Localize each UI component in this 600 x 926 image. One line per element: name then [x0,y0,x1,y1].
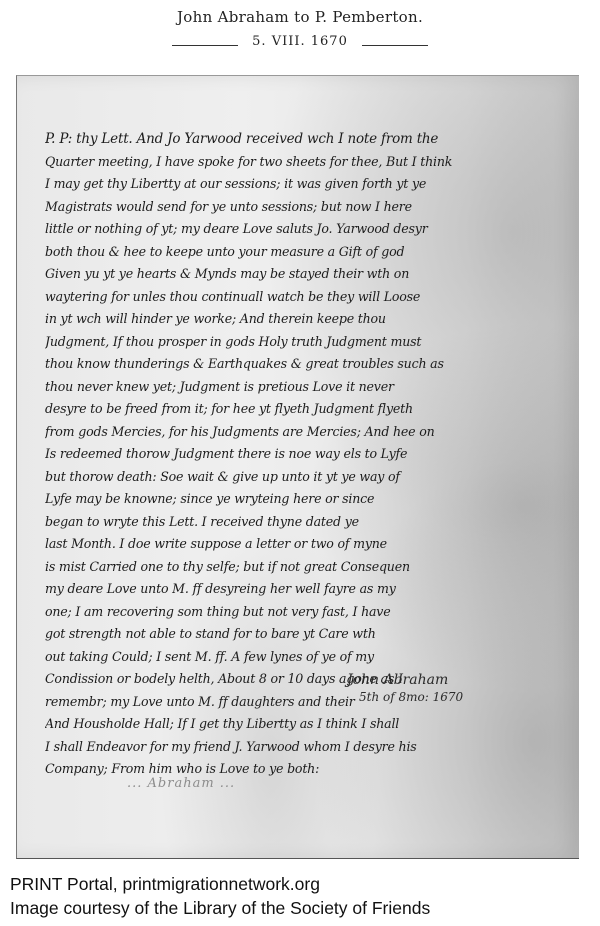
manuscript-line: but thorow death: Soe wait & give up unt… [45,466,565,489]
manuscript-letter-image: P. P: thy Lett. And Jo Yarwood received … [16,75,579,859]
manuscript-line: thou know thunderings & Earthquakes & gr… [45,353,565,376]
manuscript-line: Condission or bodely helth, About 8 or 1… [45,668,565,691]
manuscript-line: Lyfe may be knowne; since ye wryteing he… [45,488,565,511]
divider-left [172,45,238,46]
divider-right [362,45,428,46]
faded-endorsement: ... Abraham ... [127,776,235,791]
manuscript-line: Magistrats would send for ye unto sessio… [45,196,565,219]
plate-date: 5. VIII. 1670 [252,34,348,49]
manuscript-line: Judgment, If thou prosper in gods Holy t… [45,331,565,354]
manuscript-line: And Housholde Hall; If I get thy Libertt… [45,713,565,736]
manuscript-text: P. P: thy Lett. And Jo Yarwood received … [45,128,565,781]
manuscript-line: P. P: thy Lett. And Jo Yarwood received … [45,128,565,151]
manuscript-line: thou never knew yet; Judgment is pretiou… [45,376,565,399]
manuscript-line: little or nothing of yt; my deare Love s… [45,218,565,241]
manuscript-line: got strength not able to stand for to ba… [45,623,565,646]
manuscript-line: waytering for unles thou continuall watc… [45,286,565,309]
manuscript-line: desyre to be freed from it; for hee yt f… [45,398,565,421]
caption-source: PRINT Portal, printmigrationnetwork.org [10,872,600,896]
manuscript-line: Is redeemed thorow Judgment there is noe… [45,443,565,466]
manuscript-line: last Month. I doe write suppose a letter… [45,533,565,556]
manuscript-line: Company; From him who is Love to ye both… [45,758,565,781]
manuscript-line: my deare Love unto M. ff desyreing her w… [45,578,565,601]
manuscript-line: I shall Endeavor for my friend J. Yarwoo… [45,736,565,759]
manuscript-line: from gods Mercies, for his Judgments are… [45,421,565,444]
manuscript-line: remembr; my Love unto M. ff daughters an… [45,691,565,714]
manuscript-line: both thou & hee to keepe unto your measu… [45,241,565,264]
manuscript-line: I may get thy Libertty at our sessions; … [45,173,565,196]
image-caption: PRINT Portal, printmigrationnetwork.org … [10,872,600,920]
caption-credit: Image courtesy of the Library of the Soc… [10,896,600,920]
manuscript-line: is mist Carried one to thy selfe; but if… [45,556,565,579]
signature-name: John Abraham [347,672,463,688]
plate-date-row: 5. VIII. 1670 [0,34,600,49]
manuscript-line: out taking Could; I sent M. ff. A few ly… [45,646,565,669]
plate-header: John Abraham to P. Pemberton. 5. VIII. 1… [0,0,600,70]
manuscript-line: in yt wch will hinder ye worke; And ther… [45,308,565,331]
signature-date: 5th of 8mo: 1670 [359,690,463,704]
signature-block: John Abraham 5th of 8mo: 1670 [347,672,463,704]
manuscript-line: began to wryte this Lett. I received thy… [45,511,565,534]
manuscript-line: Quarter meeting, I have spoke for two sh… [45,151,565,174]
plate-title: John Abraham to P. Pemberton. [0,8,600,26]
manuscript-line: one; I am recovering som thing but not v… [45,601,565,624]
manuscript-line: Given yu yt ye hearts & Mynds may be sta… [45,263,565,286]
